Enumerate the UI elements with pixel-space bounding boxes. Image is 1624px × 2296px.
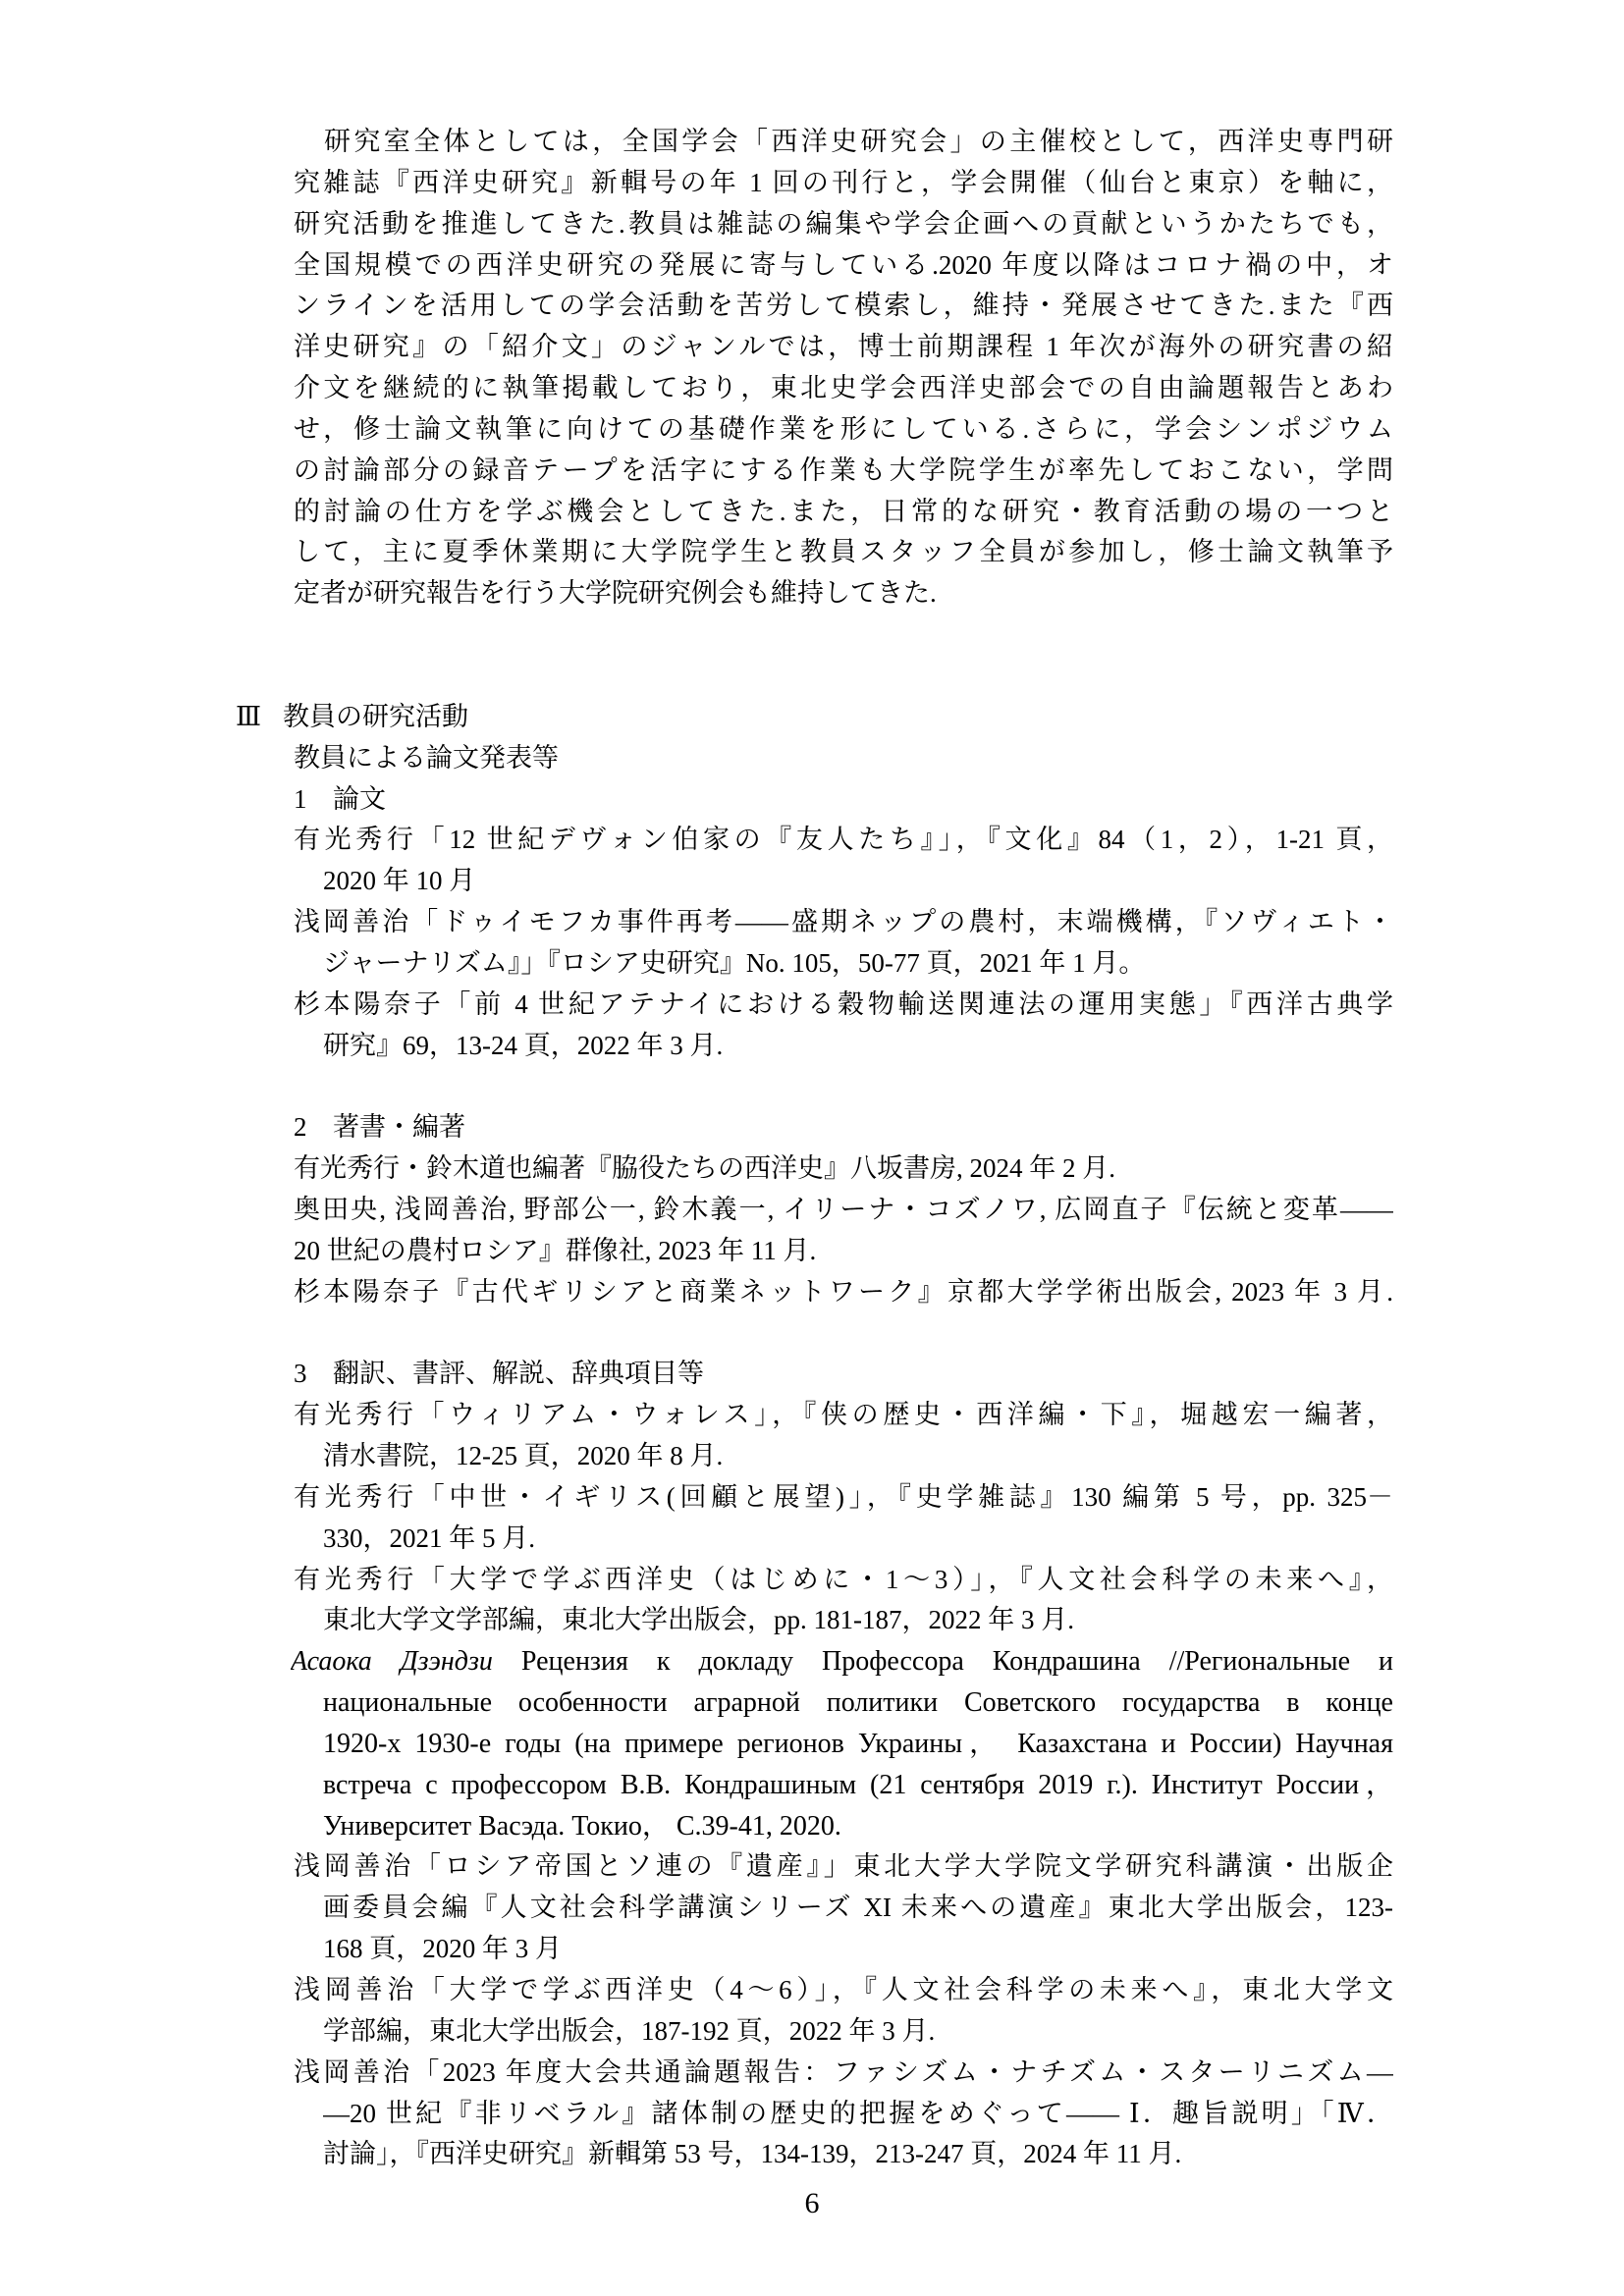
- subsection-papers: 1論文 有光秀行「12 世紀デヴォン伯家の『友人たち』」，『文化』84（1，2）…: [294, 779, 1393, 1067]
- entry-line: 有光秀行「大学で学ぶ西洋史（はじめに・1～3）」，『人文社会科学の未来へ』，: [294, 1560, 1393, 1601]
- paragraph-line: して，主に夏季休業期に大学院学生と教員スタッフ全員が参加し，修士論文執筆予: [294, 532, 1393, 573]
- paragraph-line: 研究室全体としては，全国学会「西洋史研究会」の主催校として，西洋史専門研: [294, 122, 1393, 163]
- section-title: 教員の研究活動: [283, 702, 468, 731]
- paragraph-line: 洋史研究』の「紹介文」のジャンルでは，博士前期課程 1 年次が海外の研究書の紹: [294, 327, 1393, 368]
- entry-line: 2020 年 10 月: [323, 861, 1393, 902]
- subsection-title: 著書・編著: [333, 1112, 465, 1142]
- entry-line: 奥田央, 浅岡善治, 野部公一, 鈴木義一, イリーナ・コズノワ, 広岡直子『伝…: [294, 1190, 1393, 1231]
- entry-line: 清水書院，12-25 頁，2020 年 8 月.: [323, 1436, 1393, 1477]
- subsection-heading: 2著書・編著: [294, 1107, 1393, 1148]
- entry-title: Рецензия к докладу Профессора Кондрашина…: [521, 1646, 1393, 1677]
- paragraph-line: の討論部分の録音テープを活字にする作業も大学院学生が率先しておこない，学問: [294, 451, 1393, 492]
- section-numeral: Ⅲ: [236, 697, 283, 738]
- spacer: [294, 614, 1393, 656]
- entry-line: ジャーナリズム』」『ロシア史研究』No. 105，50-77 頁，2021 年 …: [323, 943, 1393, 985]
- entry-line: 有光秀行・鈴木道也編著『脇役たちの西洋史』八坂書房, 2024 年 2 月.: [294, 1148, 1393, 1190]
- paragraph-line: せ，修士論文執筆に向けての基礎作業を形にしている.さらに，学会シンポジウム: [294, 409, 1393, 451]
- publication-entry: 浅岡善治「ロシア帝国とソ連の『遺産』」東北大学大学院文学研究科講演・出版企 画委…: [294, 1846, 1393, 1970]
- subsection-heading: 3翻訳、書評、解説、辞典項目等: [294, 1354, 1393, 1395]
- paragraph-line: 究雑誌『西洋史研究』新輯号の年 1 回の刊行と，学会開催（仙台と東京）を軸に，: [294, 163, 1393, 204]
- entry-line: 杉本陽奈子「前 4 世紀アテナイにおける穀物輸送関連法の運用実態」『西洋古典学: [294, 985, 1393, 1026]
- section-subheading: 教員による論文発表等: [294, 738, 1393, 779]
- page-body: 研究室全体としては，全国学会「西洋史研究会」の主催校として，西洋史専門研 究雑誌…: [294, 122, 1393, 2175]
- entry-line: 討論」，『西洋史研究』新輯第 53 号，134-139，213-247 頁，20…: [323, 2134, 1393, 2175]
- entry-line: 浅岡善治「大学で学ぶ西洋史（4～6）」，『人文社会科学の未来へ』，東北大学文: [294, 1970, 1393, 2011]
- entry-line: Асаока Дзэндзи Рецензия к докладу Профес…: [291, 1641, 1393, 1682]
- entry-line: 東北大学文学部編，東北大学出版会，pp. 181-187，2022 年 3 月.: [323, 1600, 1393, 1641]
- document-page: 研究室全体としては，全国学会「西洋史研究会」の主催校として，西洋史専門研 究雑誌…: [0, 0, 1624, 2296]
- paragraph-line: 介文を継続的に執筆掲載しており，東北史学会西洋史部会での自由論題報告とあわ: [294, 368, 1393, 409]
- publication-entry-russian: Асаока Дзэндзи Рецензия к докладу Профес…: [294, 1641, 1393, 1846]
- entry-line: 有光秀行「12 世紀デヴォン伯家の『友人たち』」，『文化』84（1，2），1-2…: [294, 820, 1393, 861]
- entry-line: 有光秀行「中世・イギリス(回顧と展望)」，『史学雑誌』130 編第 5 号，pp…: [294, 1477, 1393, 1519]
- subsection-number: 3: [294, 1354, 333, 1395]
- publication-entry: 浅岡善治「ドゥイモフカ事件再考――盛期ネップの農村，末端機構，『ソヴィエト・ ジ…: [294, 902, 1393, 985]
- spacer: [294, 1312, 1393, 1354]
- subsection-books: 2著書・編著 有光秀行・鈴木道也編著『脇役たちの西洋史』八坂書房, 2024 年…: [294, 1107, 1393, 1312]
- page-number: 6: [0, 2183, 1624, 2224]
- entry-line: 杉本陽奈子『古代ギリシアと商業ネットワーク』京都大学学術出版会, 2023 年 …: [294, 1272, 1393, 1313]
- publication-entry: 有光秀行「ウィリアム・ウォレス」，『侠の歴史・西洋編・下』，堀越宏一編著， 清水…: [294, 1395, 1393, 1477]
- publication-entry: 奥田央, 浅岡善治, 野部公一, 鈴木義一, イリーナ・コズノワ, 広岡直子『伝…: [294, 1190, 1393, 1272]
- paragraph-line: 定者が研究報告を行う大学院研究例会も維持してきた.: [294, 573, 1393, 614]
- publication-entry: 浅岡善治「2023 年度大会共通論題報告：ファシズム・ナチズム・スターリニズム―…: [294, 2053, 1393, 2176]
- publication-entry: 杉本陽奈子『古代ギリシアと商業ネットワーク』京都大学学術出版会, 2023 年 …: [294, 1272, 1393, 1313]
- paragraph-line: ンラインを活用しての学会活動を苦労して模索し，維持・発展させてきた.また『西: [294, 286, 1393, 327]
- entry-line: 学部編，東北大学出版会，187-192 頁，2022 年 3 月.: [323, 2011, 1393, 2053]
- entry-line: 浅岡善治「ロシア帝国とソ連の『遺産』」東北大学大学院文学研究科講演・出版企: [294, 1846, 1393, 1888]
- entry-line: национальные особенности аграрной полити…: [323, 1682, 1393, 1724]
- publication-entry: 有光秀行・鈴木道也編著『脇役たちの西洋史』八坂書房, 2024 年 2 月.: [294, 1148, 1393, 1190]
- subsection-title: 翻訳、書評、解説、辞典項目等: [333, 1359, 704, 1388]
- entry-line: 168 頁，2020 年 3 月: [323, 1929, 1393, 1970]
- entry-line: Университет Васэда. Токио， С.39-41, 2020…: [323, 1806, 1393, 1847]
- entry-line: 浅岡善治「ドゥイモフカ事件再考――盛期ネップの農村，末端機構，『ソヴィエト・: [294, 902, 1393, 943]
- intro-paragraph: 研究室全体としては，全国学会「西洋史研究会」の主催校として，西洋史専門研 究雑誌…: [294, 122, 1393, 614]
- subsection-number: 2: [294, 1107, 333, 1148]
- entry-line: 1920-х 1930-е годы (на примере регионов …: [323, 1724, 1393, 1765]
- entry-line: 20 世紀の農村ロシア』群像社, 2023 年 11 月.: [294, 1231, 1393, 1272]
- subsection-translations-reviews: 3翻訳、書評、解説、辞典項目等 有光秀行「ウィリアム・ウォレス」，『侠の歴史・西…: [294, 1354, 1393, 2175]
- entry-line: 画委員会編『人文社会科学講演シリーズ XI 未来への遺産』東北大学出版会，123…: [323, 1888, 1393, 1929]
- subsection-title: 論文: [333, 784, 386, 814]
- entry-author: Асаока Дзэндзи: [291, 1646, 493, 1677]
- publication-entry: 有光秀行「大学で学ぶ西洋史（はじめに・1～3）」，『人文社会科学の未来へ』， 東…: [294, 1560, 1393, 1642]
- publication-entry: 浅岡善治「大学で学ぶ西洋史（4～6）」，『人文社会科学の未来へ』，東北大学文 学…: [294, 1970, 1393, 2053]
- section-heading: Ⅲ教員の研究活動: [236, 697, 1393, 738]
- entry-line: 研究』69，13-24 頁，2022 年 3 月.: [323, 1026, 1393, 1067]
- entry-line: ―20 世紀『非リベラル』諸体制の歴史的把握をめぐって―― Ⅰ．趣旨説明」「Ⅳ．: [323, 2094, 1393, 2135]
- entry-line: 浅岡善治「2023 年度大会共通論題報告：ファシズム・ナチズム・スターリニズム―: [294, 2053, 1393, 2094]
- subsection-heading: 1論文: [294, 779, 1393, 821]
- entry-line: 有光秀行「ウィリアム・ウォレス」，『侠の歴史・西洋編・下』，堀越宏一編著，: [294, 1395, 1393, 1436]
- publication-entry: 有光秀行「12 世紀デヴォン伯家の『友人たち』」，『文化』84（1，2），1-2…: [294, 820, 1393, 902]
- spacer: [294, 1066, 1393, 1107]
- paragraph-line: 全国規模での西洋史研究の発展に寄与している.2020 年度以降はコロナ禍の中，オ: [294, 245, 1393, 287]
- subsection-number: 1: [294, 779, 333, 821]
- publication-entry: 杉本陽奈子「前 4 世紀アテナイにおける穀物輸送関連法の運用実態」『西洋古典学 …: [294, 985, 1393, 1067]
- paragraph-line: 的討論の仕方を学ぶ機会としてきた.また，日常的な研究・教育活動の場の一つと: [294, 492, 1393, 533]
- entry-line: 330，2021 年 5 月.: [323, 1519, 1393, 1560]
- publication-entry: 有光秀行「中世・イギリス(回顧と展望)」，『史学雑誌』130 編第 5 号，pp…: [294, 1477, 1393, 1560]
- spacer: [294, 656, 1393, 697]
- entry-line: встреча с профессором В.В. Кондрашиным (…: [323, 1765, 1393, 1806]
- paragraph-line: 研究活動を推進してきた.教員は雑誌の編集や学会企画への貢献というかたちでも，: [294, 204, 1393, 245]
